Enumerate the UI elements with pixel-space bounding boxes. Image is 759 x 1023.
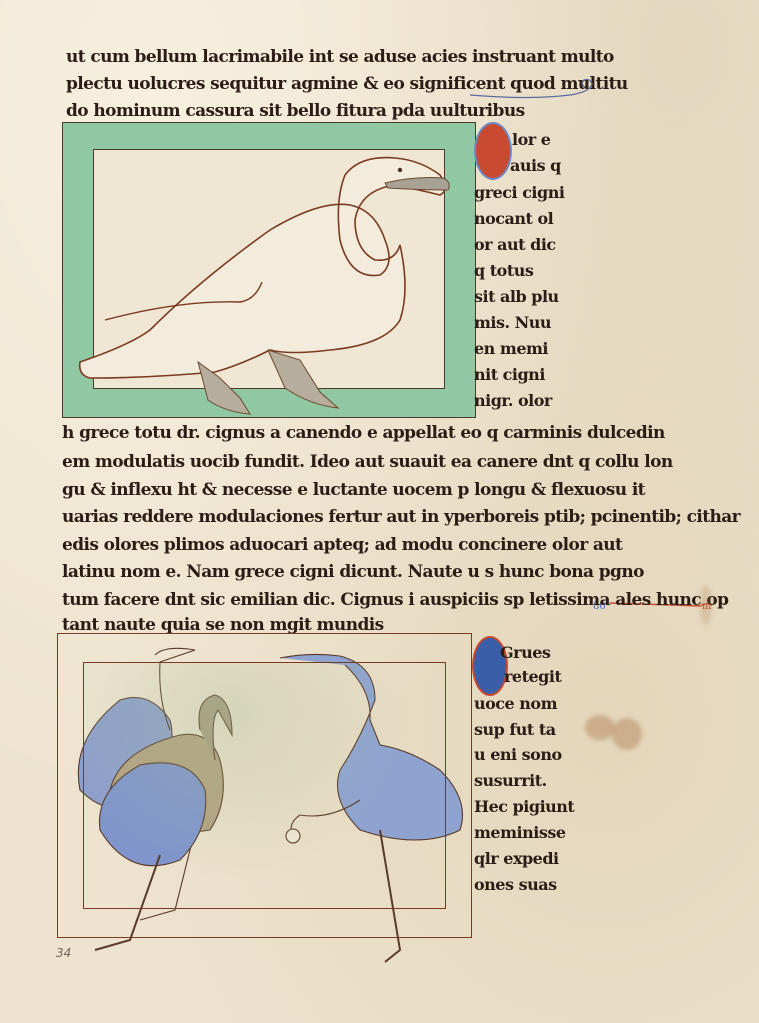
text-line: h grece totu dr. cignus a canendo e appe… <box>62 423 665 443</box>
column-line: susurrit. <box>474 771 547 790</box>
text-line: tum facere dnt sic emilian dic. Cignus i… <box>62 590 728 610</box>
column-line: retegit <box>504 667 561 686</box>
text-line: plectu uolucres sequitur agmine & eo sig… <box>66 74 628 94</box>
column-line: u eni sono <box>474 745 562 764</box>
column-line: Grues <box>500 643 550 662</box>
column-line: q totus <box>474 261 533 280</box>
swan-illustration-frame <box>62 122 476 418</box>
column-line: auis q <box>510 156 561 175</box>
column-line: Hec pigiunt <box>474 797 574 816</box>
text-line: uarias reddere modulaciones fertur aut i… <box>62 507 740 527</box>
column-line: ones suas <box>474 875 557 894</box>
text-line: ut cum bellum lacrimabile int se aduse a… <box>66 47 614 67</box>
text-line: em modulatis uocib fundit. Ideo aut suau… <box>62 452 673 472</box>
column-line: mis. Nuu <box>474 313 551 332</box>
parchment-stain <box>612 718 642 750</box>
column-line: sup fut ta <box>474 720 556 739</box>
initial-O <box>474 122 512 180</box>
column-line: meminisse <box>474 823 566 842</box>
column-line: nit cigni <box>474 365 545 384</box>
column-line: or aut dic <box>474 235 556 254</box>
column-line: lor e <box>512 130 550 149</box>
folio-number: 34 <box>56 946 71 960</box>
text-line: do hominum cassura sit bello fitura pda … <box>66 101 525 121</box>
text-line: edis olores plimos aduocari apteq; ad mo… <box>62 535 622 555</box>
column-line: en memi <box>474 339 548 358</box>
text-line: gu & inflexu ht & necesse e luctante uoc… <box>62 480 645 500</box>
column-line: sit alb plu <box>474 287 559 306</box>
column-line: nigr. olor <box>474 391 552 410</box>
column-line: nocant ol <box>474 209 553 228</box>
manuscript-page: ut cum bellum lacrimabile int se aduse a… <box>0 0 759 1023</box>
text-line: tant naute quia se non mgit mundis <box>62 615 384 635</box>
column-line: qlr expedi <box>474 849 559 868</box>
column-line: uoce nom <box>474 694 557 713</box>
text-line: latinu nom e. Nam grece cigni dicunt. Na… <box>62 562 644 582</box>
crane-illustration-frame <box>57 633 472 938</box>
parchment-stain <box>700 585 712 625</box>
column-line: greci cigni <box>474 183 564 202</box>
parchment-stain <box>585 715 615 740</box>
